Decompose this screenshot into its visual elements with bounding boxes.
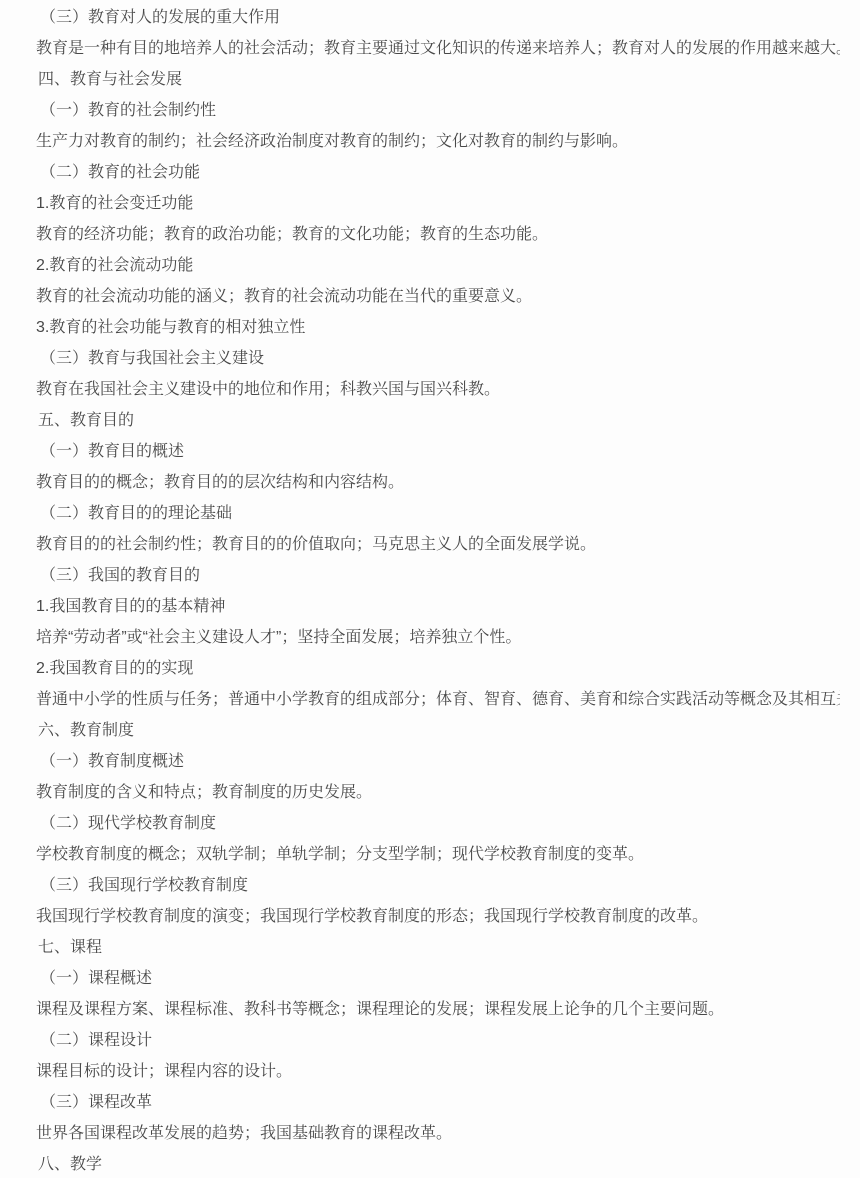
doc-line: 世界各国课程改革发展的趋势；我国基础教育的课程改革。 — [36, 1118, 840, 1149]
doc-line: 六、教育制度 — [36, 715, 840, 746]
doc-line: 普通中小学的性质与任务；普通中小学教育的组成部分；体育、智育、德育、美育和综合实… — [36, 684, 840, 715]
doc-line: 七、课程 — [36, 932, 840, 963]
doc-line: （二）教育目的的理论基础 — [36, 498, 840, 529]
doc-line: 教育制度的含义和特点；教育制度的历史发展。 — [36, 777, 840, 808]
doc-line: （二）教育的社会功能 — [36, 157, 840, 188]
doc-line: 教育在我国社会主义建设中的地位和作用；科教兴国与国兴科教。 — [36, 374, 840, 405]
doc-line: 生产力对教育的制约；社会经济政治制度对教育的制约；文化对教育的制约与影响。 — [36, 126, 840, 157]
doc-line: 教育目的的社会制约性；教育目的的价值取向；马克思主义人的全面发展学说。 — [36, 529, 840, 560]
doc-line: （二）现代学校教育制度 — [36, 808, 840, 839]
doc-line: （一）教育制度概述 — [36, 746, 840, 777]
doc-line: （三）我国的教育目的 — [36, 560, 840, 591]
doc-line: 教育的经济功能；教育的政治功能；教育的文化功能；教育的生态功能。 — [36, 219, 840, 250]
doc-line: （三）课程改革 — [36, 1087, 840, 1118]
doc-line: 3.教育的社会功能与教育的相对独立性 — [36, 312, 840, 343]
doc-line: 我国现行学校教育制度的演变；我国现行学校教育制度的形态；我国现行学校教育制度的改… — [36, 901, 840, 932]
document-page: （三）教育对人的发展的重大作用教育是一种有目的地培养人的社会活动；教育主要通过文… — [0, 0, 860, 1178]
doc-line: 1.教育的社会变迁功能 — [36, 188, 840, 219]
doc-line: （三）我国现行学校教育制度 — [36, 870, 840, 901]
doc-line: 课程目标的设计；课程内容的设计。 — [36, 1056, 840, 1087]
doc-line: 五、教育目的 — [36, 405, 840, 436]
doc-line: 教育目的的概念；教育目的的层次结构和内容结构。 — [36, 467, 840, 498]
doc-line: （一）课程概述 — [36, 963, 840, 994]
doc-line: （三）教育与我国社会主义建设 — [36, 343, 840, 374]
doc-line: （一）教育的社会制约性 — [36, 95, 840, 126]
doc-line: 八、教学 — [36, 1149, 840, 1178]
doc-line: （三）教育对人的发展的重大作用 — [36, 2, 840, 33]
document-lines: （三）教育对人的发展的重大作用教育是一种有目的地培养人的社会活动；教育主要通过文… — [36, 2, 840, 1178]
doc-line: （一）教育目的概述 — [36, 436, 840, 467]
doc-line: 教育的社会流动功能的涵义；教育的社会流动功能在当代的重要意义。 — [36, 281, 840, 312]
doc-line: 2.教育的社会流动功能 — [36, 250, 840, 281]
doc-line: 2.我国教育目的的实现 — [36, 653, 840, 684]
doc-line: 教育是一种有目的地培养人的社会活动；教育主要通过文化知识的传递来培养人；教育对人… — [36, 33, 840, 64]
doc-line: 培养“劳动者”或“社会主义建设人才”；坚持全面发展；培养独立个性。 — [36, 622, 840, 653]
doc-line: 学校教育制度的概念；双轨学制；单轨学制；分支型学制；现代学校教育制度的变革。 — [36, 839, 840, 870]
doc-line: 四、教育与社会发展 — [36, 64, 840, 95]
doc-line: （二）课程设计 — [36, 1025, 840, 1056]
doc-line: 1.我国教育目的的基本精神 — [36, 591, 840, 622]
doc-line: 课程及课程方案、课程标准、教科书等概念；课程理论的发展；课程发展上论争的几个主要… — [36, 994, 840, 1025]
